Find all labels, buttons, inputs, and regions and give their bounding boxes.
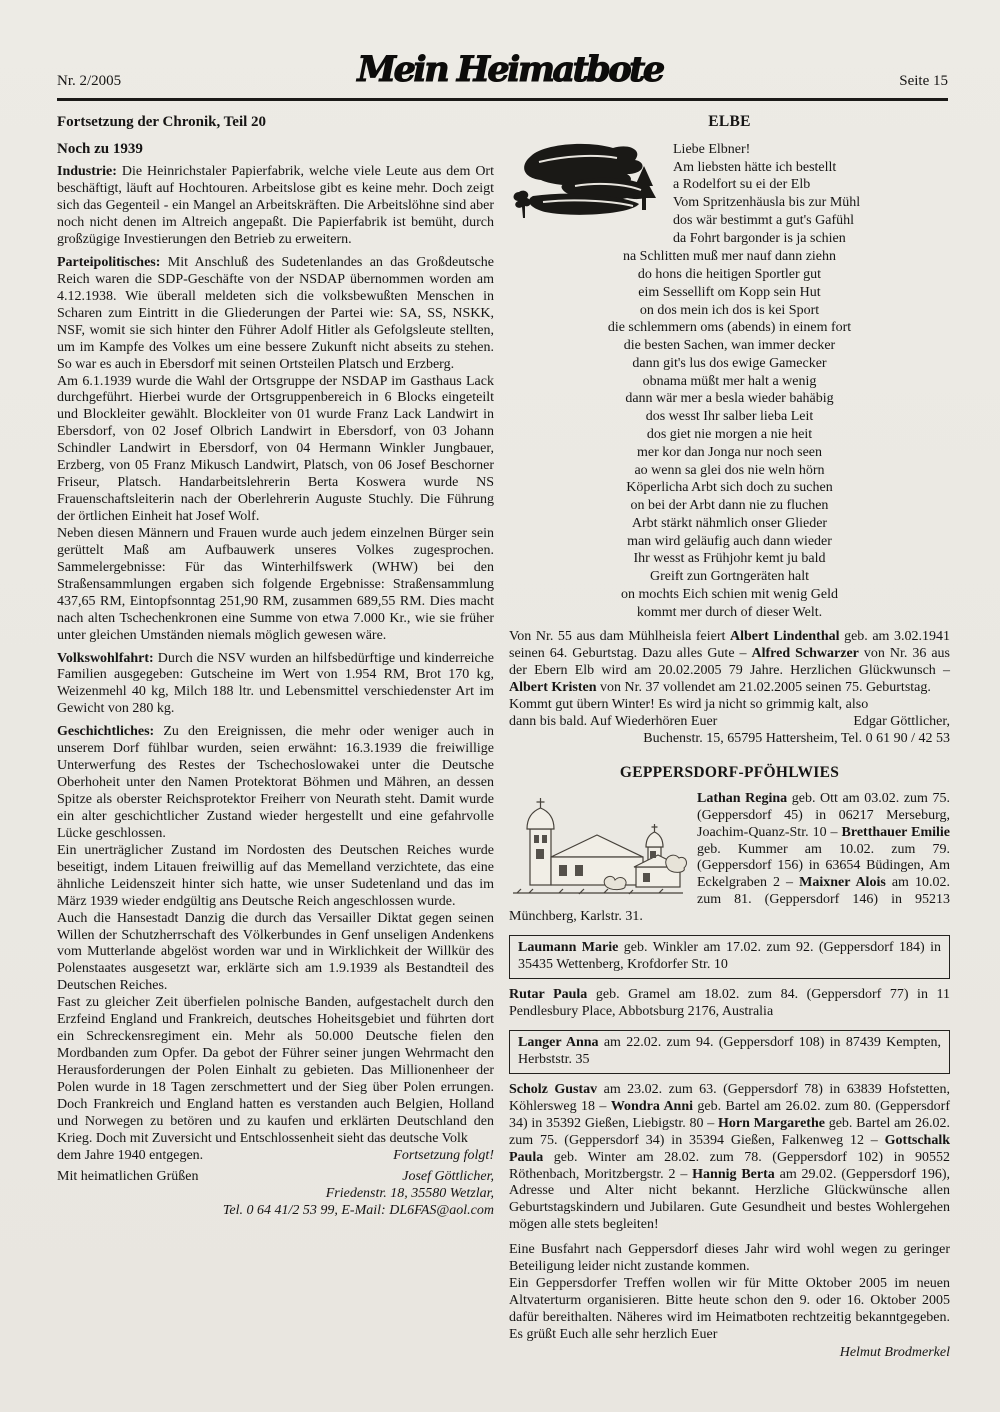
poem-line: Köperlicha Arbt sich doch zu suchen xyxy=(509,479,950,497)
author-street: Friedenstr. 18, 35580 Wetzlar, xyxy=(57,1186,494,1203)
chronik-paragraphs: Industrie: Die Heinrichstaler Papierfabr… xyxy=(57,164,494,1147)
chronik-paragraph: Industrie: Die Heinrichstaler Papierfabr… xyxy=(57,164,494,249)
elbe-author-name: Edgar Göttlicher, xyxy=(853,714,950,731)
geppersdorf-signature: Helmut Brodmerkel xyxy=(509,1345,950,1362)
issue-number: Nr. 2/2005 xyxy=(57,73,121,92)
text-run: Alfred Schwarzer xyxy=(752,646,859,661)
chronik-paragraph: Am 6.1.1939 wurde die Wahl der Ortsgrupp… xyxy=(57,374,494,526)
poem-line: man wird geläufig auch dann wieder xyxy=(509,533,950,551)
text-run: Industrie: xyxy=(57,164,122,179)
poem-line: kommt mer durch of dieser Welt. xyxy=(509,604,950,622)
geppersdorf-heading: GEPPERSDORF-PFÖHLWIES xyxy=(509,764,950,783)
text-run: Albert Lindenthal xyxy=(730,629,840,644)
elbe-heading: ELBE xyxy=(509,113,950,132)
newspaper-page: Nr. 2/2005 Mein Heimatbote Seite 15 Fort… xyxy=(0,0,1000,1412)
text-run: Geschichtliches: xyxy=(57,724,163,739)
birthday-box-laumann: Laumann Marie geb. Winkler am 17.02. zum… xyxy=(509,935,950,979)
text-run: Am 6.1.1939 wurde die Wahl der Ortsgrupp… xyxy=(57,374,494,525)
poem-line: Liebe Elbner! xyxy=(673,141,860,159)
masthead-logo-art: Mein Heimatbote xyxy=(345,44,675,92)
text-run: Langer Anna xyxy=(518,1035,599,1050)
text-run: Fast zu gleicher Zeit überfielen polnisc… xyxy=(57,995,494,1146)
chronik-paragraph: Neben diesen Männern und Frauen wurde au… xyxy=(57,526,494,645)
poem-line: na Schlitten muß mer nauf dann ziehn xyxy=(509,248,950,266)
poem-line: a Rodelfort su ei der Elb xyxy=(673,176,860,194)
elbe-poem-centered: na Schlitten muß mer nauf dann ziehndo h… xyxy=(509,248,950,621)
elbe-poem-top: Liebe Elbner!Am liebsten hätte ich beste… xyxy=(509,140,950,248)
text-run: Rutar Paula xyxy=(509,987,587,1002)
author-phone-email: Tel. 0 64 41/2 53 99, E-Mail: DL6FAS@aol… xyxy=(57,1203,494,1220)
poem-line: Arbt stärkt nähmlich onser Glieder xyxy=(509,515,950,533)
chronik-subtitle: Noch zu 1939 xyxy=(57,140,494,158)
text-run: Maixner Alois xyxy=(799,875,886,890)
masthead-text: Mein Heimatbote xyxy=(357,49,664,90)
masthead-logo: Mein Heimatbote xyxy=(121,44,899,92)
geppersdorf-church-image xyxy=(509,793,687,905)
page-number: Seite 15 xyxy=(899,73,948,92)
text-run: Parteipolitisches: xyxy=(57,255,168,270)
left-column: Fortsetzung der Chronik, Teil 20 Noch zu… xyxy=(57,111,494,1362)
elbe-farewell-row: dann bis bald. Auf Wiederhören Euer Edga… xyxy=(509,714,950,731)
poem-line: dos wesst Ihr salber lieba Leit xyxy=(509,408,950,426)
text-run: Scholz Gustav xyxy=(509,1082,597,1097)
text-run: Ein unerträglicher Zustand im Nordosten … xyxy=(57,843,494,909)
birthday-entry-rutar: Rutar Paula geb. Gramel am 18.02. zum 84… xyxy=(509,987,950,1021)
text-run: Die Heinrichstaler Papierfabrik, welche … xyxy=(57,164,494,247)
chronik-greeting-row: Mit heimatlichen Grüßen Josef Göttlicher… xyxy=(57,1169,494,1186)
poem-line: on dos mein ich dos is kei Sport xyxy=(509,302,950,320)
poem-line: Ihr wesst as Frühjohr kemt ju bald xyxy=(509,550,950,568)
two-column-body: Fortsetzung der Chronik, Teil 20 Noch zu… xyxy=(57,111,948,1362)
chronik-paragraph: Fast zu gleicher Zeit überfielen polnisc… xyxy=(57,995,494,1147)
poem-line: Greift zun Gortngeräten halt xyxy=(509,568,950,586)
poem-line: on mochts Eich schien mit wenig Geld xyxy=(509,586,950,604)
chronik-paragraph: Auch die Hansestadt Danzig die durch das… xyxy=(57,911,494,996)
poem-line: dos wär bestimmt a gut's Gafühl xyxy=(673,212,860,230)
text-run: Horn Margarethe xyxy=(718,1116,825,1131)
poem-line: mer kor dan Jonga nur noch seen xyxy=(509,444,950,462)
page-header: Nr. 2/2005 Mein Heimatbote Seite 15 xyxy=(57,44,948,101)
chronik-title: Fortsetzung der Chronik, Teil 20 xyxy=(57,113,494,131)
poem-line: obnama müßt mer halt a wenig xyxy=(509,373,950,391)
farewell-text: dann bis bald. Auf Wiederhören Euer xyxy=(509,714,717,731)
poem-line: die besten Sachen, wan immer decker xyxy=(509,337,950,355)
chronik-paragraph: Parteipolitisches: Mit Anschluß des Sude… xyxy=(57,255,494,374)
text-run: Mit Anschluß des Sudetenlandes an das Gr… xyxy=(57,255,494,372)
poem-line: Vom Spritzenhäusla bis zur Mühl xyxy=(673,194,860,212)
elbe-winter-line: Kommt gut übern Winter! Es wird ja nicht… xyxy=(509,697,950,714)
poem-line: do hons die heitigen Sportler gut xyxy=(509,266,950,284)
chronik-ending-text: dem Jahre 1940 entgegen. xyxy=(57,1148,203,1165)
text-run: Neben diesen Männern und Frauen wurde au… xyxy=(57,526,494,643)
text-run: Volkswohlfahrt: xyxy=(57,651,158,666)
poem-line: dos giet nie morgen a nie heit xyxy=(509,426,950,444)
meeting-paragraph: Ein Geppersdorfer Treffen wollen wir für… xyxy=(509,1276,950,1344)
text-run: Laumann Marie xyxy=(518,940,618,955)
continuation-note: Fortsetzung folgt! xyxy=(393,1148,494,1165)
poem-line: Am liebsten hätte ich bestellt xyxy=(673,159,860,177)
right-column: ELBE xyxy=(509,111,950,1362)
bus-trip-paragraph: Eine Busfahrt nach Geppersdorf dieses Ja… xyxy=(509,1242,950,1276)
poem-line: die schlemmern oms (abends) in einem for… xyxy=(509,319,950,337)
text-run: Albert Kristen xyxy=(509,680,596,695)
text-run: Hannig Berta xyxy=(692,1167,775,1182)
text-run: Lathan Regina xyxy=(697,791,787,806)
chronik-paragraph: Geschichtliches: Zu den Ereignissen, die… xyxy=(57,724,494,843)
text-run: von Nr. 37 vollendet am 21.02.2005 seine… xyxy=(596,680,930,695)
text-run: Wondra Anni xyxy=(611,1099,693,1114)
elbe-author-address: Buchenstr. 15, 65795 Hattersheim, Tel. 0… xyxy=(509,731,950,748)
text-run: Von Nr. 55 aus dam Mühlheisla feiert xyxy=(509,629,730,644)
chronik-paragraph: Ein unerträglicher Zustand im Nordosten … xyxy=(57,843,494,911)
elbe-landscape-image xyxy=(509,140,659,232)
text-run: Auch die Hansestadt Danzig die durch das… xyxy=(57,911,494,994)
birthday-entry-scholz-group: Scholz Gustav am 23.02. zum 63. (Geppers… xyxy=(509,1082,950,1234)
chronik-ending-row: dem Jahre 1940 entgegen. Fortsetzung fol… xyxy=(57,1148,494,1165)
greeting-text: Mit heimatlichen Grüßen xyxy=(57,1169,199,1186)
poem-line: eim Sessellift om Kopp sein Hut xyxy=(509,284,950,302)
poem-line: dann wär mer a besla wieder bahäbig xyxy=(509,390,950,408)
author-name: Josef Göttlicher, xyxy=(402,1169,494,1186)
birthday-box-langer: Langer Anna am 22.02. zum 94. (Geppersdo… xyxy=(509,1030,950,1074)
chronik-paragraph: Volkswohlfahrt: Durch die NSV wurden an … xyxy=(57,651,494,719)
elbe-birthdays: Von Nr. 55 aus dam Mühlheisla feiert Alb… xyxy=(509,629,950,697)
elbe-poem-beside-image: Liebe Elbner!Am liebsten hätte ich beste… xyxy=(673,140,860,248)
poem-line: on bei der Arbt dann nie zu fluchen xyxy=(509,497,950,515)
geppersdorf-intro: Lathan Regina geb. Ott am 03.02. zum 75.… xyxy=(509,791,950,927)
poem-line: ao wenn sa glei dos nie weln hörn xyxy=(509,462,950,480)
poem-line: dann git's lus dos ewige Gamecker xyxy=(509,355,950,373)
poem-line: da Fohrt bargonder is ja schien xyxy=(673,230,860,248)
text-run: Zu den Ereignissen, die mehr oder wenige… xyxy=(57,724,494,841)
text-run: Bretthauer Emilie xyxy=(842,825,950,840)
